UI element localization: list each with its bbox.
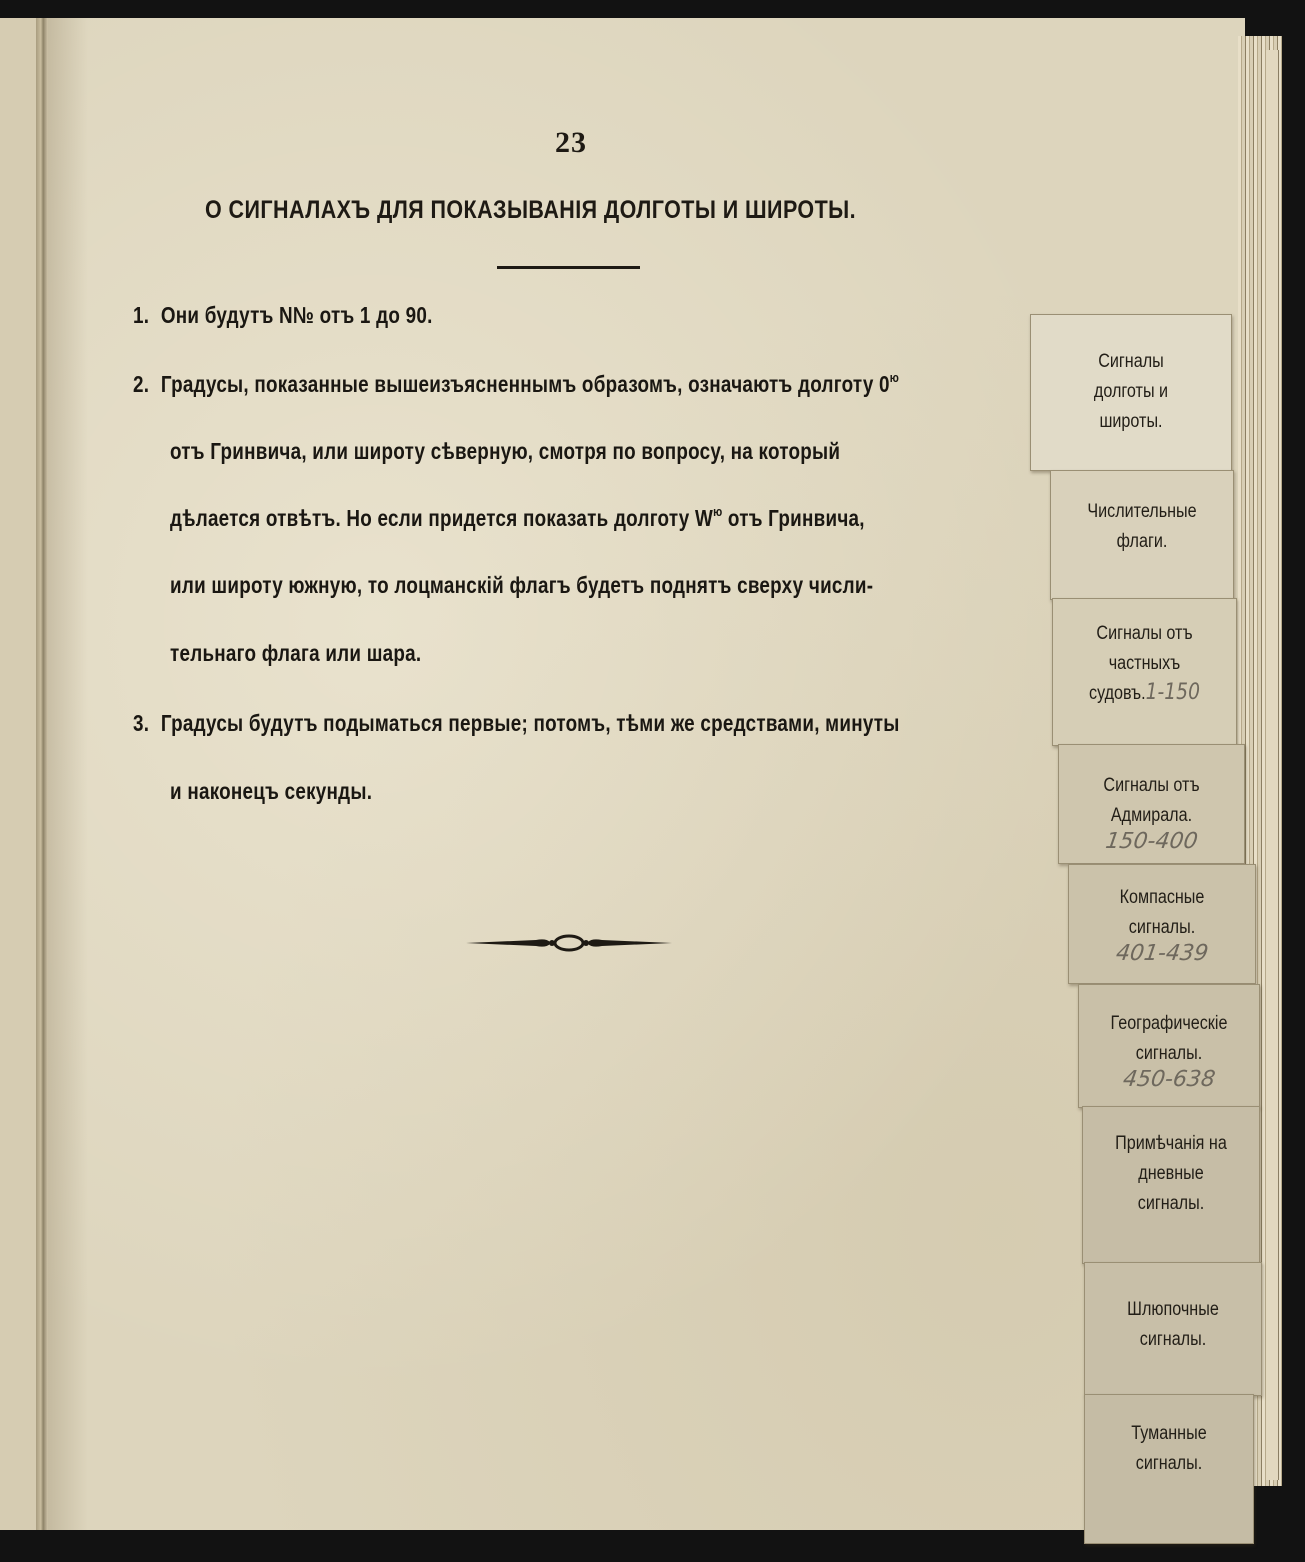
tab-label: частныхъ [1067,649,1223,679]
tab-label: Сигналы [1046,347,1216,377]
handwritten-range: 150-400 [1057,831,1245,853]
index-tab-longitude-latitude[interactable]: Сигналы долготы и широты. [1030,314,1232,471]
tab-label: судовъ.1-150 [1067,679,1223,709]
paragraph-number: 3. [133,710,161,737]
superscript: ю [713,504,722,519]
page-edges-outer [1266,50,1279,1480]
book-gutter [36,18,48,1530]
tab-label: сигналы. [1098,1325,1248,1355]
index-tab-geographic[interactable]: Географическіе сигналы. 450-638 [1078,984,1260,1108]
tab-label: Сигналы отъ [1073,771,1230,801]
page-number: 23 [546,126,596,160]
paragraph-2-line-5: тельнаго флага или шара. [170,640,421,667]
handwritten-range: 450-638 [1077,1069,1260,1091]
index-tab-fog-signals[interactable]: Туманные сигналы. [1084,1394,1254,1544]
index-tab-day-signal-notes[interactable]: Примѣчанія на дневные сигналы. [1082,1106,1260,1264]
tab-label: Компасные [1083,883,1241,913]
superscript: ю [890,370,899,385]
tab-label: сигналы. [1096,1189,1246,1219]
tab-label: сигналы. [1083,913,1241,943]
index-tab-admiral[interactable]: Сигналы отъ Адмирала. 150-400 [1058,744,1245,864]
tab-label: Сигналы отъ [1067,619,1223,649]
index-tab-numeral-flags[interactable]: Числительные флаги. [1050,470,1234,600]
ornament-divider-icon [466,930,672,956]
paragraph-2-line-1: 2.Градусы, показанные вышеизъясненнымъ о… [133,370,899,398]
paragraph-2-line-2: отъ Гринвича, или широту сѣверную, смотр… [170,438,840,465]
title-rule-divider [497,266,640,269]
tab-label: сигналы. [1093,1039,1246,1069]
paragraph-1: 1.Они будутъ N№ отъ 1 до 90. [133,302,433,329]
paragraph-text: Градусы будутъ подыматься первые; потомъ… [161,710,900,736]
tab-label: дневные [1096,1159,1246,1189]
index-tab-private-vessels[interactable]: Сигналы отъ частныхъ судовъ.1-150 [1052,598,1237,746]
tab-label: Адмирала. [1073,801,1230,831]
tab-label: Географическіе [1093,1009,1246,1039]
paragraph-2-line-3: дѣлается отвѣтъ. Но если придется показа… [170,504,865,532]
paragraph-text: тельнаго флага или шара. [170,640,421,666]
paragraph-2-line-4: или широту южную, то лоцманскій флагъ бу… [170,572,873,599]
tab-label: Туманные [1098,1419,1241,1449]
tab-label: флаги. [1065,527,1220,557]
tab-label: сигналы. [1098,1449,1241,1479]
tab-label: долготы и [1046,377,1216,407]
index-tab-boat-signals[interactable]: Шлюпочные сигналы. [1084,1262,1262,1396]
handwritten-range: 401-439 [1067,943,1256,965]
gutter-shadow [48,18,88,1530]
paragraph-3-line-2: и наконецъ секунды. [170,778,372,805]
paragraph-number: 1. [133,302,161,329]
paragraph-text: Они будутъ N№ отъ 1 до 90. [161,302,433,328]
page-title: О СИГНАЛАХЪ ДЛЯ ПОКАЗЫВАНІЯ ДОЛГОТЫ И ШИ… [205,196,841,225]
tab-label-text: судовъ. [1089,683,1146,704]
tab-label: широты. [1046,407,1216,437]
index-tab-compass[interactable]: Компасные сигналы. 401-439 [1068,864,1256,984]
paragraph-text: отъ Гринвича, или широту сѣверную, смотр… [170,438,840,464]
tab-label: Шлюпочные [1098,1295,1248,1325]
paragraph-text: дѣлается отвѣтъ. Но если придется показа… [170,505,713,531]
paragraph-text: отъ Гринвича, [728,505,865,531]
previous-page-edge [0,18,36,1530]
paragraph-text: или широту южную, то лоцманскій флагъ бу… [170,572,873,598]
paragraph-text: и наконецъ секунды. [170,778,372,804]
paragraph-text: Градусы, показанные вышеизъясненнымъ обр… [161,371,890,397]
tab-label: Примѣчанія на [1096,1129,1246,1159]
paragraph-number: 2. [133,371,161,398]
tab-label: Числительные [1065,497,1220,527]
paragraph-3-line-1: 3.Градусы будутъ подыматься первые; пото… [133,710,900,737]
handwritten-range: 1-150 [1146,680,1200,705]
